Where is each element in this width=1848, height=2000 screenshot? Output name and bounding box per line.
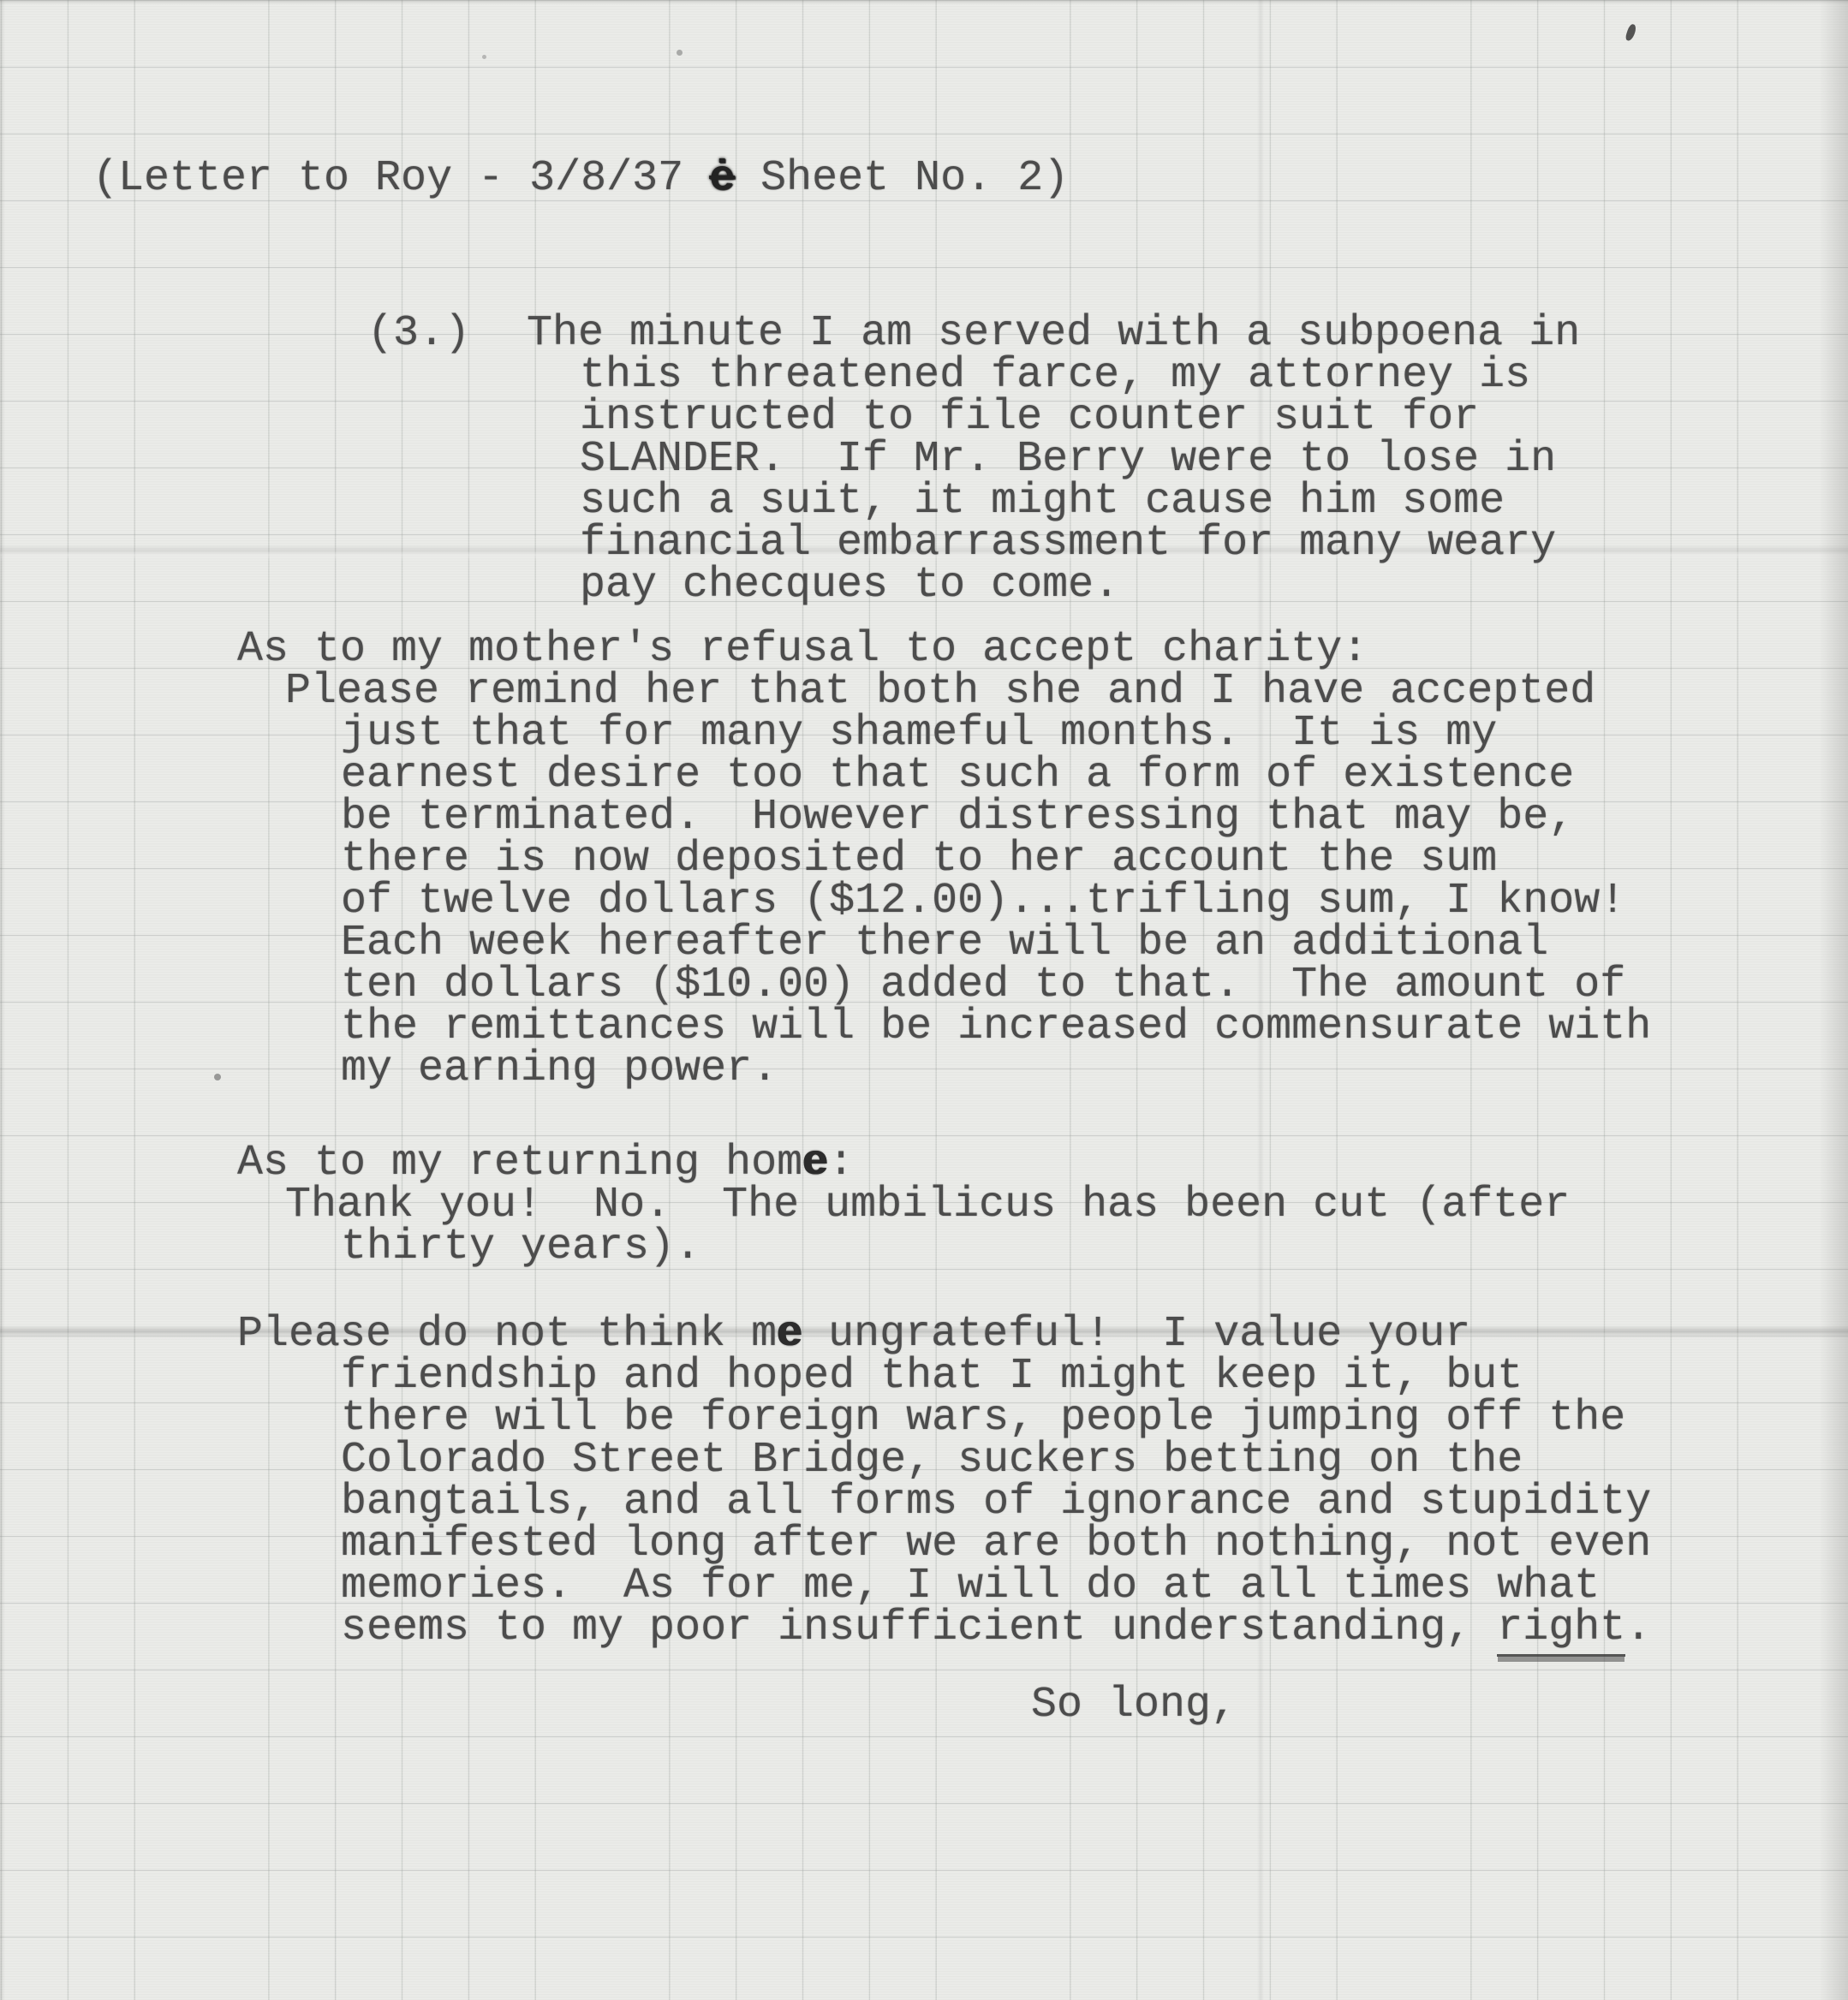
paragraph-heading: Please do not think me ungrateful! I val…: [237, 1313, 1651, 1355]
paragraph-returning-home: As to my returning home: Thank you! No. …: [237, 1142, 1570, 1268]
letter-line: thirty years).: [341, 1226, 1570, 1268]
paragraph-heading: As to my mother's refusal to accept char…: [237, 628, 1651, 670]
letter-line: there is now deposited to her account th…: [341, 838, 1651, 880]
letter-line: friendship and hoped that I might keep i…: [341, 1355, 1651, 1397]
letter-line: bangtails, and all forms of ignorance an…: [341, 1481, 1651, 1523]
letter-line: So long,: [1031, 1684, 1237, 1726]
letter-text: .: [1625, 1604, 1651, 1652]
header-line: (Letter to Roy - 3/8/37 ė Sheet No. 2): [92, 158, 1069, 199]
letter-line: instructed to file counter suit for: [580, 396, 1580, 438]
letter-line: seems to my poor insufficient understand…: [341, 1607, 1651, 1649]
overstruck-character: ė: [709, 154, 735, 203]
letter-line: financial embarrassment for many weary: [580, 522, 1580, 564]
letter-line: ten dollars ($10.00) added to that. The …: [341, 964, 1651, 1006]
paragraph-heading: As to my returning home:: [237, 1142, 1570, 1184]
paragraph-charity: As to my mother's refusal to accept char…: [237, 628, 1651, 1090]
typewritten-letter: (Letter to Roy - 3/8/37 ė Sheet No. 2) (…: [0, 0, 1848, 2000]
letter-line: my earning power.: [341, 1048, 1651, 1090]
letter-line: manifested long after we are both nothin…: [341, 1523, 1651, 1565]
letter-line: Colorado Street Bridge, suckers betting …: [341, 1439, 1651, 1481]
letter-line: Please remind her that both she and I ha…: [285, 670, 1651, 712]
paragraph-ungrateful: Please do not think me ungrateful! I val…: [237, 1313, 1651, 1649]
letter-header-note: (Letter to Roy - 3/8/37 ė Sheet No. 2): [92, 158, 1069, 199]
underlined-word: right: [1497, 1604, 1625, 1657]
letter-line: pay checques to come.: [580, 564, 1580, 606]
letter-line: this threatened farce, my attorney is: [580, 354, 1580, 396]
letter-line: memories. As for me, I will do at all ti…: [341, 1565, 1651, 1607]
header-text-pre: (Letter to Roy - 3/8/37: [92, 154, 709, 203]
letter-scan-page: (Letter to Roy - 3/8/37 ė Sheet No. 2) (…: [0, 0, 1848, 2000]
item-number: (3.): [367, 312, 527, 354]
letter-line: of twelve dollars ($12.00)...trifling su…: [341, 880, 1651, 922]
letter-line: Each week hereafter there will be an add…: [341, 922, 1651, 964]
letter-line: the remittances will be increased commen…: [341, 1006, 1651, 1048]
letter-line: such a suit, it might cause him some: [580, 480, 1580, 522]
letter-line: (3.)The minute I am served with a subpoe…: [367, 312, 1580, 354]
letter-line: just that for many shameful months. It i…: [341, 712, 1651, 754]
letter-line: Thank you! No. The umbilicus has been cu…: [285, 1184, 1570, 1226]
letter-line: be terminated. However distressing that …: [341, 796, 1651, 838]
closing-line: So long,: [1031, 1684, 1237, 1726]
paragraph-item-3: (3.)The minute I am served with a subpoe…: [367, 312, 1580, 606]
letter-line: SLANDER. If Mr. Berry were to lose in: [580, 438, 1580, 480]
header-text-post: Sheet No. 2): [735, 154, 1069, 203]
letter-text: seems to my poor insufficient understand…: [341, 1604, 1497, 1652]
letter-line: earnest desire too that such a form of e…: [341, 754, 1651, 796]
letter-line: there will be foreign wars, people jumpi…: [341, 1397, 1651, 1439]
